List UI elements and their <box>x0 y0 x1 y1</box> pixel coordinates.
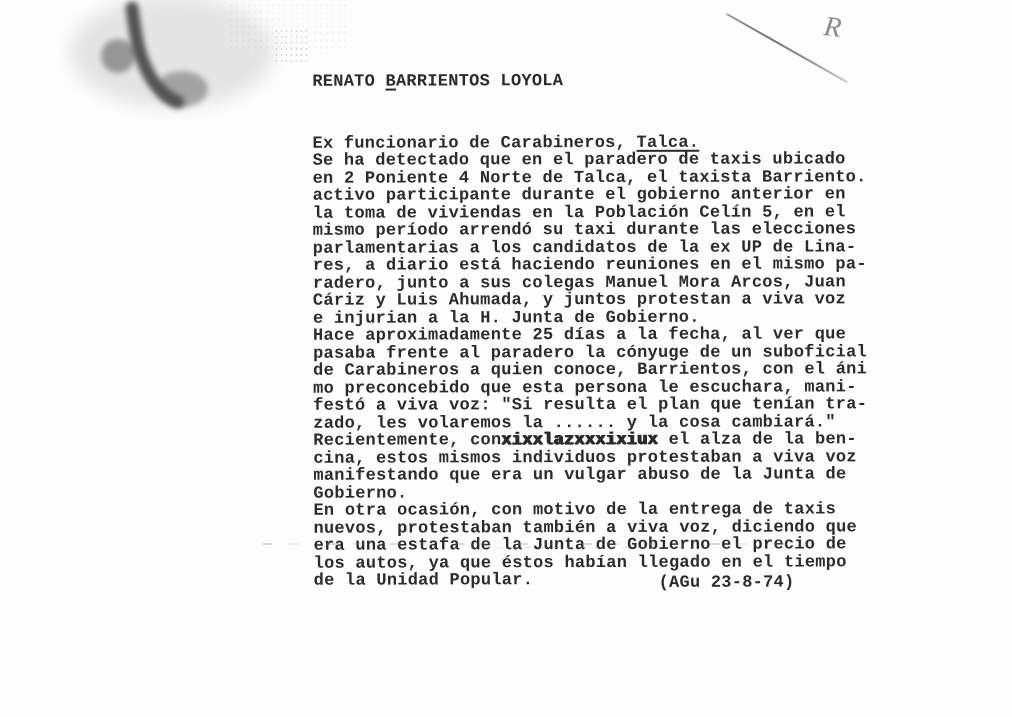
text-segment: de la Unidad Popular. <box>314 571 534 591</box>
text-segment: xixxlazxxxixiux <box>501 431 658 450</box>
document-line: los autos, ya que éstos habían llegado e… <box>314 554 899 573</box>
document-body: Ex funcionario de Carabineros, Talca.Se … <box>312 134 898 591</box>
document-line: de la Unidad Popular. (AGu 23-8-74) <box>314 571 899 590</box>
scan-artifact-dashes <box>262 543 828 545</box>
document-title: RENATO BARRIENTOS LOYOLA <box>312 72 897 91</box>
text-segment: Gobierno. <box>313 484 407 503</box>
scan-artifact-dashes <box>455 547 685 548</box>
scanned-document-page: R RENATO BARRIENTOS LOYOLA Ex funcionari… <box>0 0 1012 717</box>
text-segment <box>533 571 658 590</box>
text-segment: Talca. <box>636 133 699 152</box>
document-text: RENATO BARRIENTOS LOYOLA Ex funcionario … <box>312 37 899 625</box>
text-segment: Recientemente, con <box>313 431 501 450</box>
document-line: Cáriz y Luis Ahumada, y juntos protestan… <box>313 291 898 310</box>
toner-speckles <box>274 28 310 66</box>
text-segment: manifestando que era un vulgar abuso de … <box>313 465 846 485</box>
text-segment: B <box>385 73 396 92</box>
text-segment: ARRIENTOS LOYOLA <box>396 72 563 91</box>
document-line: manifestando que era un vulgar abuso de … <box>313 466 898 485</box>
text-segment: RENATO <box>312 73 385 92</box>
text-segment: (AGu 23-8-74) <box>659 575 795 593</box>
